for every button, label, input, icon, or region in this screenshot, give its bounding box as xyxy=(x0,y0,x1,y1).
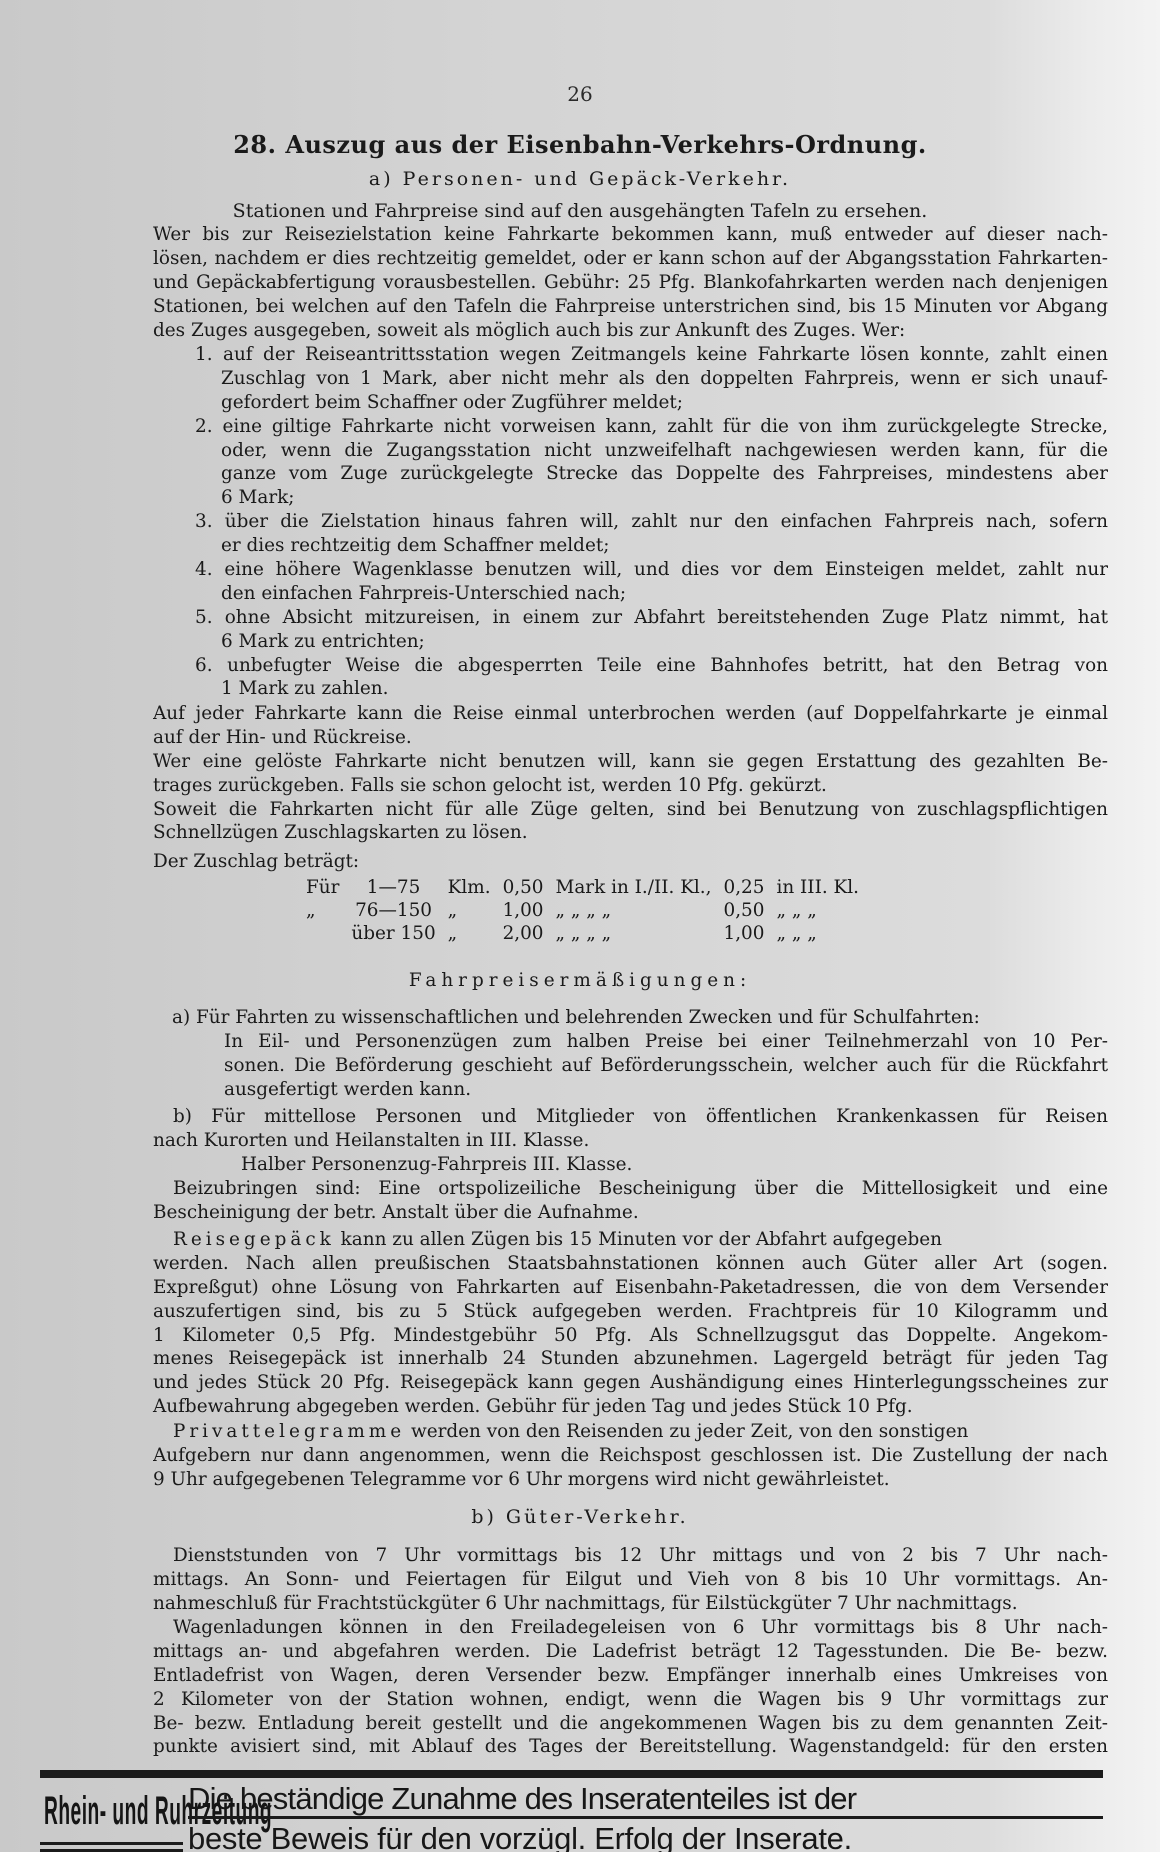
list-item-4: 4. eine höhere Wagenklasse benutzen will… xyxy=(195,558,1108,606)
paragraph-wer: Wer bis zur Reisezielstation keine Fahrk… xyxy=(153,223,1108,342)
divider xyxy=(188,1816,1103,1819)
table-cell-price-12: 2,00 xyxy=(497,922,550,945)
numbered-list: 1. auf der Reiseantrittsstation wegen Ze… xyxy=(195,343,1108,701)
table-cell-unit: „ xyxy=(442,899,497,922)
text-line: und Gepäckabfertigung vorausbestellen. G… xyxy=(153,271,1108,295)
text-line: Schnellzügen Zuschlagskarten zu lösen. xyxy=(153,821,1108,845)
text-line: lösen, nachdem er dies rechtzeitig gemel… xyxy=(153,247,1108,271)
table-cell-prefix: Für xyxy=(300,876,345,899)
text-line: Reisegepäck kann zu allen Zügen bis 15 M… xyxy=(153,1228,1108,1252)
ermaessigung-b: b) Für mittellose Personen und Mitgliede… xyxy=(153,1105,1108,1224)
text-line: 5. ohne Absicht mitzureisen, in einem zu… xyxy=(195,606,1108,630)
text-line: 4. eine höhere Wagenklasse benutzen will… xyxy=(195,558,1108,582)
text-line: nach Kurorten und Heilanstalten in III. … xyxy=(153,1129,1108,1153)
text-line: mittags an- und abgefahren werden. Die L… xyxy=(153,1640,1108,1664)
emphasis: Privattelegramme xyxy=(173,1421,405,1442)
document-page: 26 28. Auszug aus der Eisenbahn-Verkehrs… xyxy=(0,0,1160,1852)
text-line: auf der Hin- und Rückreise. xyxy=(153,726,1108,750)
ermaessigung-a: a) Für Fahrten zu wissenschaftlichen und… xyxy=(172,1006,1108,1102)
table-cell-text-12: Mark in I./II. Kl., xyxy=(550,876,718,899)
list-item-1: 1. auf der Reiseantrittsstation wegen Ze… xyxy=(195,343,1108,415)
text-fragment: kann zu allen Zügen bis 15 Minuten vor d… xyxy=(335,1229,942,1250)
text-line: Entladefrist von Wagen, deren Versender … xyxy=(153,1664,1108,1688)
paragraph-telegramme: Privattelegramme werden von den Reisende… xyxy=(153,1420,1108,1492)
divider xyxy=(40,1842,183,1845)
table-cell-text-12: „ „ „ „ xyxy=(550,899,718,922)
text-line: Aufgebern nur dann angenommen, wenn die … xyxy=(153,1444,1108,1468)
table-cell-text-3: „ „ „ xyxy=(770,899,865,922)
list-item-5: 5. ohne Absicht mitzureisen, in einem zu… xyxy=(195,606,1108,654)
text-line: Soweit die Fahrkarten nicht für alle Züg… xyxy=(153,798,1108,822)
text-line: sonen. Die Beförderung geschieht auf Bef… xyxy=(172,1054,1108,1078)
text-line: Aufbewahrung abgegeben werden. Gebühr fü… xyxy=(153,1395,1108,1419)
table-cell-unit: „ xyxy=(442,922,497,945)
table-cell-price-3: 0,25 xyxy=(718,876,771,899)
table-row: Für1—75Klm.0,50Mark in I./II. Kl.,0,25in… xyxy=(300,876,865,899)
text-line: b) Für mittellose Personen und Mitgliede… xyxy=(153,1105,1108,1129)
text-line: Bescheinigung der betr. Anstalt über die… xyxy=(153,1201,1108,1225)
section-title: 28. Auszug aus der Eisenbahn-Verkehrs-Or… xyxy=(0,130,1160,159)
text-line: 6 Mark; xyxy=(195,486,1108,510)
text-line: und jedes Stück 20 Pfg. Reisegepäck kann… xyxy=(153,1371,1108,1395)
table-cell-prefix: „ xyxy=(300,899,345,922)
text-line: Stationen, bei welchen auf den Tafeln di… xyxy=(153,295,1108,319)
text-line: Halber Personenzug-Fahrpreis III. Klasse… xyxy=(153,1153,1108,1177)
text-line: In Eil- und Personenzügen zum halben Pre… xyxy=(172,1030,1108,1054)
table-cell-text-3: „ „ „ xyxy=(770,922,865,945)
divider xyxy=(40,1770,1103,1778)
text-line: trages zurückgeben. Falls sie schon gelo… xyxy=(153,774,1108,798)
text-line: 6 Mark zu entrichten; xyxy=(195,630,1108,654)
ermaessigung-heading: Fahrpreisermäßigungen: xyxy=(0,970,1160,991)
text-line: Wagenladungen können in den Freiladegele… xyxy=(153,1616,1108,1640)
intro-line: Stationen und Fahrpreise sind auf den au… xyxy=(0,200,1160,222)
text-line: Privattelegramme werden von den Reisende… xyxy=(153,1420,1108,1444)
page-number: 26 xyxy=(0,82,1160,106)
text-line: oder, wenn die Zugangsstation nicht unzw… xyxy=(195,439,1108,463)
text-line: 3. über die Zielstation hinaus fahren wi… xyxy=(195,510,1108,534)
text-line: des Zuges ausgegeben, soweit als möglich… xyxy=(153,319,1108,343)
emphasis: Reisegepäck xyxy=(173,1229,335,1250)
paragraph-wagenladungen: Wagenladungen können in den Freiladegele… xyxy=(153,1616,1108,1759)
text-line: den einfachen Fahrpreis-Unterschied nach… xyxy=(195,582,1108,606)
table-cell-range: 1—75 xyxy=(345,876,441,899)
text-line: Wer bis zur Reisezielstation keine Fahrk… xyxy=(153,223,1108,247)
paragraph-rules: Auf jeder Fahrkarte kann die Reise einma… xyxy=(153,702,1108,845)
paragraph-reisegepaeck: Reisegepäck kann zu allen Zügen bis 15 M… xyxy=(153,1228,1108,1419)
part-b-heading: b) Güter-Verkehr. xyxy=(0,1506,1160,1528)
part-a-heading: a) Personen- und Gepäck-Verkehr. xyxy=(0,168,1160,190)
table-row: über 150„2,00„ „ „ „1,00„ „ „ xyxy=(300,922,865,945)
table-cell-price-12: 0,50 xyxy=(497,876,550,899)
newspaper-name: Rhein- und Ruhrzeitung xyxy=(44,1782,198,1840)
text-line: ausgefertigt werden kann. xyxy=(172,1078,1108,1102)
text-line: 1 Kilometer 0,5 Pfg. Mindestgebühr 50 Pf… xyxy=(153,1324,1108,1348)
table-cell-range: 76—150 xyxy=(345,899,441,922)
text-line: 1 Mark zu zahlen. xyxy=(195,677,1108,701)
text-line: menes Reisegepäck ist innerhalb 24 Stund… xyxy=(153,1347,1108,1371)
table-cell-range: über 150 xyxy=(345,922,441,945)
text-line: er dies rechtzeitig dem Schaffner meldet… xyxy=(195,534,1108,558)
text-line: Beizubringen sind: Eine ortspolizeiliche… xyxy=(153,1177,1108,1201)
text-line: a) Für Fahrten zu wissenschaftlichen und… xyxy=(172,1006,1108,1030)
table-cell-price-12: 1,00 xyxy=(497,899,550,922)
text-line: gefordert beim Schaffner oder Zugführer … xyxy=(195,391,1108,415)
table-cell-text-12: „ „ „ „ xyxy=(550,922,718,945)
table-cell-text-3: in III. Kl. xyxy=(770,876,865,899)
table-cell-unit: Klm. xyxy=(442,876,497,899)
text-line: ganze vom Zuge zurückgelegte Strecke das… xyxy=(195,462,1108,486)
text-line: werden. Nach allen preußischen Staatsbah… xyxy=(153,1252,1108,1276)
text-line: Auf jeder Fahrkarte kann die Reise einma… xyxy=(153,702,1108,726)
text-line: Be- bezw. Entladung bereit gestellt und … xyxy=(153,1712,1108,1736)
text-line: Dienststunden von 7 Uhr vormittags bis 1… xyxy=(153,1544,1108,1568)
table-cell-price-3: 0,50 xyxy=(718,899,771,922)
text-line: 6. unbefugter Weise die abgesperrten Tei… xyxy=(195,654,1108,678)
list-item-2: 2. eine giltige Fahrkarte nicht vorweise… xyxy=(195,415,1108,511)
text-line: 2 Kilometer von der Station wohnen, endi… xyxy=(153,1688,1108,1712)
zuschlag-label: Der Zuschlag beträgt: xyxy=(153,850,359,874)
list-item-3: 3. über die Zielstation hinaus fahren wi… xyxy=(195,510,1108,558)
paragraph-dienststunden: Dienststunden von 7 Uhr vormittags bis 1… xyxy=(153,1544,1108,1616)
table-row: „76—150„1,00„ „ „ „0,50„ „ „ xyxy=(300,899,865,922)
advert-line-2: beste Beweis für den vorzügl. Erfolg der… xyxy=(188,1822,1103,1852)
text-line: 1. auf der Reiseantrittsstation wegen Ze… xyxy=(195,343,1108,367)
text-line: Wer eine gelöste Fahrkarte nicht benutze… xyxy=(153,750,1108,774)
text-line: mittags. An Sonn- und Feiertagen für Eil… xyxy=(153,1568,1108,1592)
table-cell-price-3: 1,00 xyxy=(718,922,771,945)
list-item-6: 6. unbefugter Weise die abgesperrten Tei… xyxy=(195,654,1108,702)
text-line: nahmeschluß für Frachtstückgüter 6 Uhr n… xyxy=(153,1592,1108,1616)
text-line: 9 Uhr aufgegebenen Telegramme vor 6 Uhr … xyxy=(153,1468,1108,1492)
text-line: Expreßgut) ohne Lösung von Fahrkarten au… xyxy=(153,1276,1108,1300)
text-fragment: werden von den Reisenden zu jeder Zeit, … xyxy=(405,1421,968,1442)
text-line: punkte avisiert sind, mit Ablauf des Tag… xyxy=(153,1735,1108,1759)
text-line: 2. eine giltige Fahrkarte nicht vorweise… xyxy=(195,415,1108,439)
text-line: auszufertigen sind, bis zu 5 Stück aufge… xyxy=(153,1300,1108,1324)
text-line: Zuschlag von 1 Mark, aber nicht mehr als… xyxy=(195,367,1108,391)
advertisement: Rhein- und Ruhrzeitung Die beständige Zu… xyxy=(40,1770,1103,1852)
zuschlag-table: Für1—75Klm.0,50Mark in I./II. Kl.,0,25in… xyxy=(300,876,865,945)
advert-line-1: Die beständige Zunahme des Inseratenteil… xyxy=(188,1782,1103,1816)
table-cell-prefix xyxy=(300,922,345,945)
